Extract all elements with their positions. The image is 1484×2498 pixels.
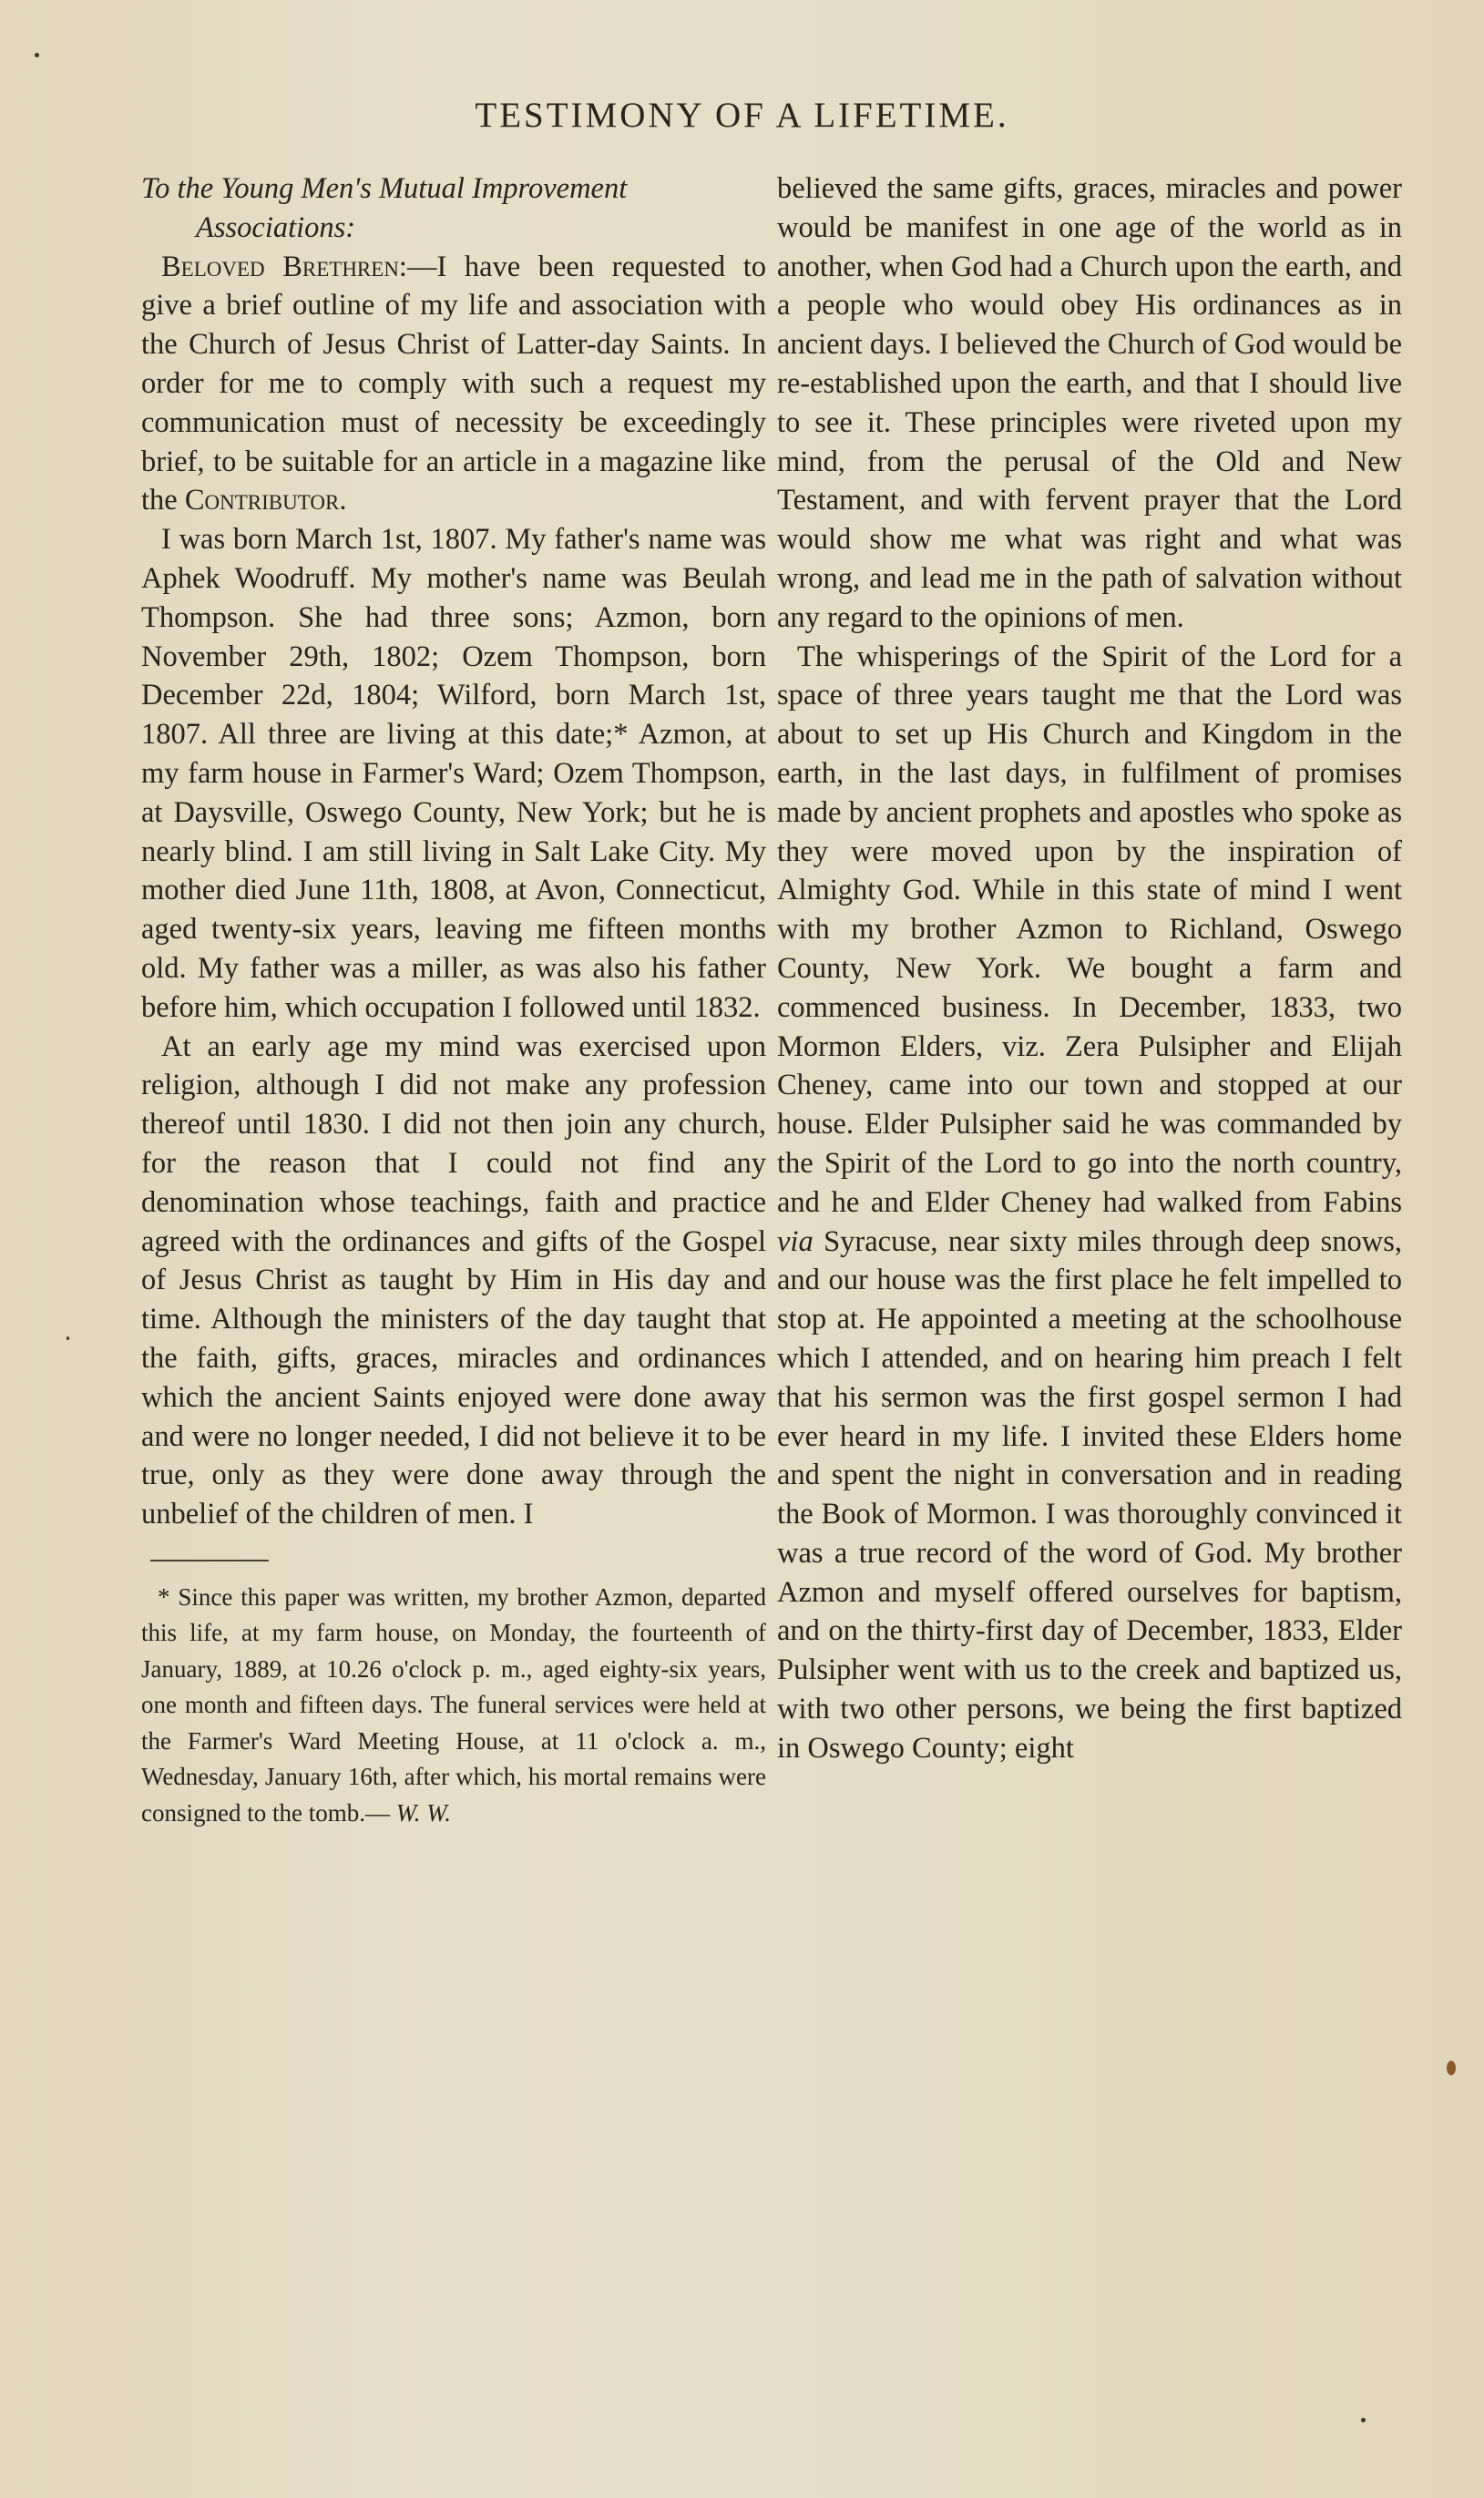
- scan-speck: [1361, 2418, 1366, 2422]
- footnote-text: * Since this paper was written, my broth…: [141, 1583, 766, 1827]
- salutation: To the Young Men's Mutual Improvement As…: [141, 169, 766, 248]
- salutation-line-1: To the Young Men's Mutual Improvement: [141, 172, 627, 205]
- paragraph-continued: believed the same gifts, graces, miracle…: [777, 169, 1402, 638]
- magazine-trailing: .: [339, 484, 346, 517]
- left-column: To the Young Men's Mutual Improvement As…: [141, 169, 766, 1831]
- paragraph-whisperings: The whisperings of the Spirit of the Lor…: [777, 638, 1402, 1768]
- paragraph-opening: Beloved Brethren:—I have been requested …: [141, 248, 766, 521]
- opening-text: —I have been requested to give a brief o…: [141, 251, 766, 517]
- page-title: TESTIMONY OF A LIFETIME.: [0, 95, 1484, 136]
- paragraph-birth: I was born March 1st, 1807. My father's …: [141, 520, 766, 1027]
- scan-speck: [35, 53, 39, 57]
- opening-address: Beloved Brethren:: [161, 251, 407, 283]
- via-word: via: [777, 1225, 814, 1258]
- whisperings-text-1: The whisperings of the Spirit of the Lor…: [777, 640, 1402, 1219]
- right-column: believed the same gifts, graces, miracle…: [777, 169, 1402, 1768]
- footnote-signature: W. W.: [396, 1799, 451, 1827]
- scan-speck: [67, 1336, 69, 1340]
- paragraph-religion: At an early age my mind was exercised up…: [141, 1028, 766, 1534]
- margin-stain: [1447, 2061, 1456, 2075]
- magazine-name: Contributor: [185, 484, 339, 517]
- footnote: * Since this paper was written, my broth…: [141, 1580, 766, 1832]
- whisperings-text-2: Syracuse, near sixty miles through deep …: [777, 1225, 1402, 1765]
- footnote-divider: [150, 1560, 269, 1561]
- salutation-line-2: Associations:: [141, 209, 766, 248]
